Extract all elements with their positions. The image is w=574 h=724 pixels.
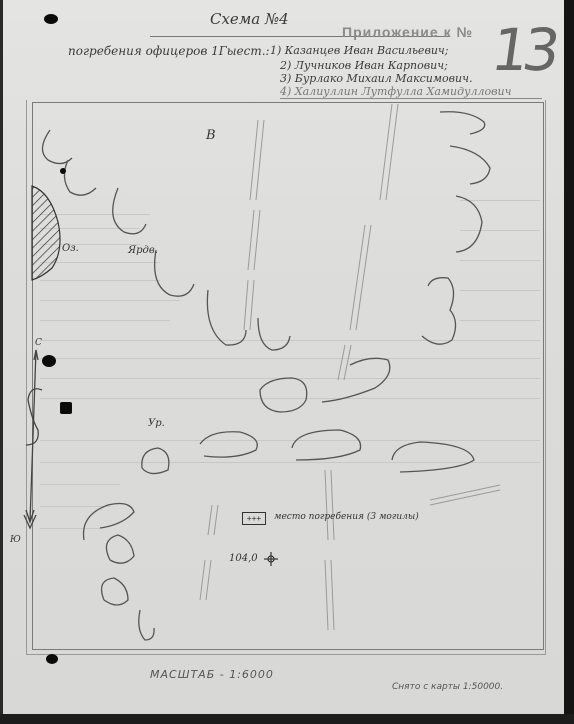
burial-site-symbol: +++: [242, 512, 266, 525]
scanned-document: Схема №4 Приложение к № 13 погребения оф…: [0, 0, 574, 724]
lake-shape: [32, 186, 60, 280]
north-label: С: [35, 338, 42, 348]
punch-hole: [46, 654, 58, 664]
scale-label: МАСШТАБ - 1:6000: [150, 668, 274, 681]
elevation-label: 104,0: [229, 553, 258, 564]
road-lines: [200, 104, 500, 630]
punch-hole: [42, 355, 56, 367]
height-marker-label: В: [206, 128, 216, 143]
ravine-label: Ярдв.: [128, 245, 158, 256]
elevation-marker: [264, 552, 278, 566]
burial-site-label: место погребения (3 могилы): [274, 512, 419, 522]
lake-label: Оз.: [62, 243, 79, 254]
south-label: Ю: [10, 535, 21, 545]
punch-hole: [44, 14, 58, 24]
source-map-label: Снято с карты 1:50000.: [392, 682, 503, 692]
punch-hole: [60, 168, 66, 174]
punch-hole: [60, 402, 72, 414]
north-south-arrow: [24, 350, 42, 528]
slope-label: Ур.: [148, 418, 165, 429]
map-sketch: [0, 0, 574, 724]
contour-hachures: [42, 112, 490, 640]
